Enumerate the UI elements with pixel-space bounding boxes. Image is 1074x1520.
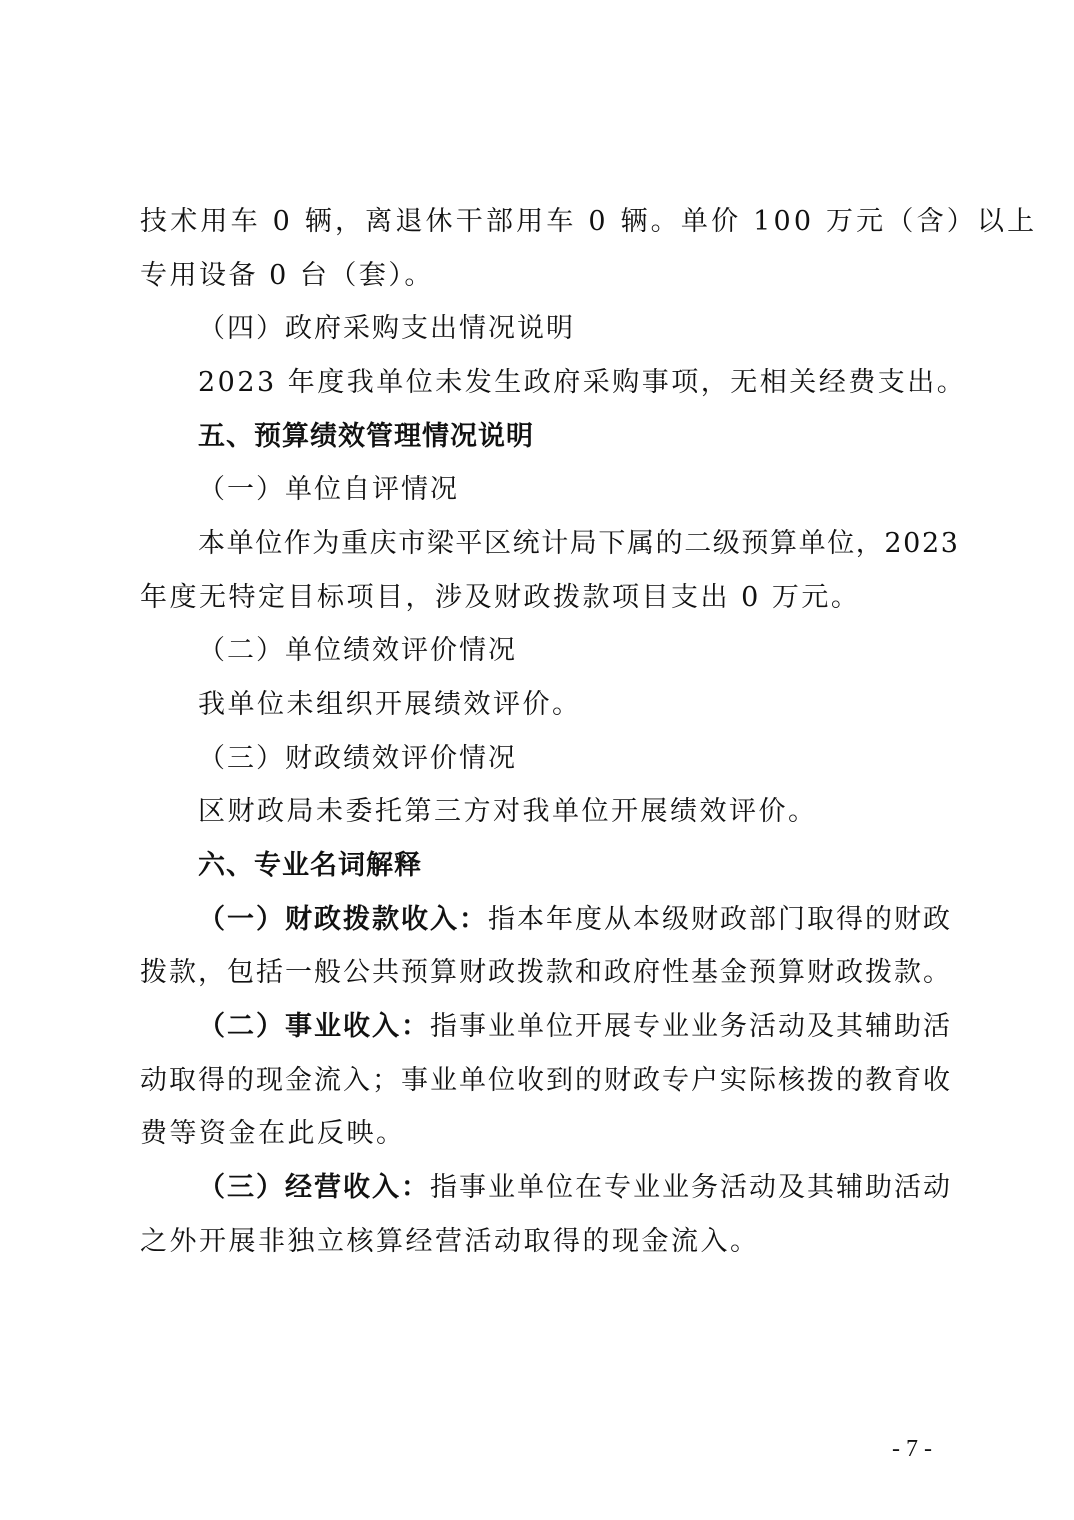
section-heading-glossary: 六、专业名词解释 xyxy=(198,848,998,884)
section-heading-performance-management: 五、预算绩效管理情况说明 xyxy=(198,419,998,455)
glossary-item-business-income: （二）事业收入：指事业单位开展专业业务活动及其辅助活 xyxy=(198,1009,998,1045)
glossary-term: （三）经营收入： xyxy=(198,1172,430,1203)
glossary-definition: 指本年度从本级财政部门取得的财政 xyxy=(488,904,952,935)
subheading-finance-evaluation: （三）财政绩效评价情况 xyxy=(198,741,998,777)
paragraph-line: 动取得的现金流入；事业单位收到的财政专户实际核拨的教育收 xyxy=(140,1063,940,1099)
glossary-term: （一）财政拨款收入： xyxy=(198,904,488,935)
paragraph-line: 拨款，包括一般公共预算财政拨款和政府性基金预算财政拨款。 xyxy=(140,955,940,991)
paragraph-line: 技术用车 0 辆，离退休干部用车 0 辆。单价 100 万元（含）以上 xyxy=(140,204,940,240)
paragraph-line: 专用设备 0 台（套）。 xyxy=(140,258,940,294)
glossary-item-operating-income: （三）经营收入：指事业单位在专业业务活动及其辅助活动 xyxy=(198,1170,998,1206)
paragraph-line: 本单位作为重庆市梁平区统计局下属的二级预算单位，2023 xyxy=(198,526,998,562)
paragraph-line: 我单位未组织开展绩效评价。 xyxy=(198,687,998,723)
paragraph-line: 费等资金在此反映。 xyxy=(140,1116,940,1152)
paragraph-line: 年度无特定目标项目，涉及财政拨款项目支出 0 万元。 xyxy=(140,580,940,616)
glossary-definition: 指事业单位开展专业业务活动及其辅助活 xyxy=(430,1011,952,1042)
subheading-government-procurement: （四）政府采购支出情况说明 xyxy=(198,311,998,347)
paragraph-line: 之外开展非独立核算经营活动取得的现金流入。 xyxy=(140,1224,940,1260)
paragraph-line: 区财政局未委托第三方对我单位开展绩效评价。 xyxy=(198,794,998,830)
glossary-term: （二）事业收入： xyxy=(198,1011,430,1042)
page-number: - 7 - xyxy=(892,1436,932,1463)
subheading-unit-evaluation: （二）单位绩效评价情况 xyxy=(198,633,998,669)
glossary-item-fiscal-appropriation: （一）财政拨款收入：指本年度从本级财政部门取得的财政 xyxy=(198,902,998,938)
subheading-self-evaluation: （一）单位自评情况 xyxy=(198,472,998,508)
glossary-definition: 指事业单位在专业业务活动及其辅助活动 xyxy=(430,1172,952,1203)
paragraph-line: 2023 年度我单位未发生政府采购事项，无相关经费支出。 xyxy=(198,365,998,401)
